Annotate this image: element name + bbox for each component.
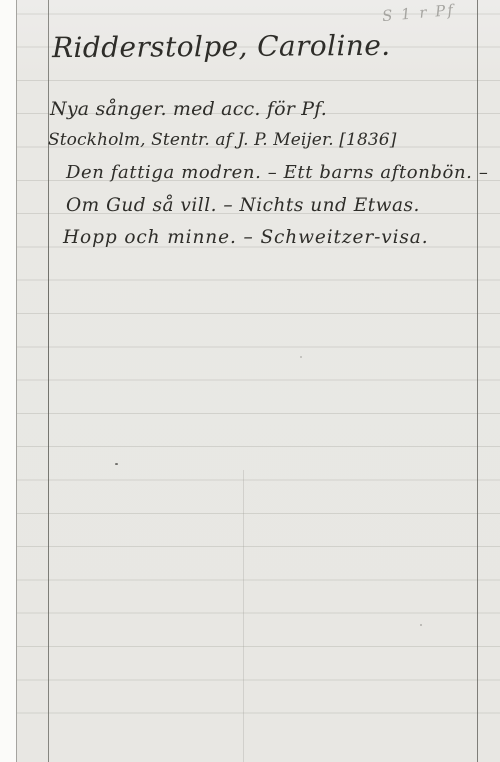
paper-speck xyxy=(420,624,422,626)
center-fold-line xyxy=(243,470,244,762)
contents-line: Om Gud så vill. – Nichts und Etwas. xyxy=(66,196,420,216)
paper-speck xyxy=(115,463,118,465)
work-title-line: Nya sånger. med acc. för Pf. xyxy=(50,99,327,120)
imprint-line: Stockholm, Stentr. af J. P. Meijer. [183… xyxy=(48,131,396,150)
left-margin-line xyxy=(48,0,49,762)
contents-line: Hopp och minne. – Schweitzer-visa. xyxy=(63,228,429,248)
contents-line: Den fattiga modren. – Ett barns aftonbön… xyxy=(66,163,488,183)
paper-speck xyxy=(300,356,302,358)
card-heading-author: Ridderstolpe, Caroline. xyxy=(52,31,391,64)
right-margin-line xyxy=(477,0,478,762)
scanned-catalog-card: S 1 r Pf Ridderstolpe, Caroline. Nya sån… xyxy=(0,0,500,762)
scan-edge-line xyxy=(16,0,17,762)
